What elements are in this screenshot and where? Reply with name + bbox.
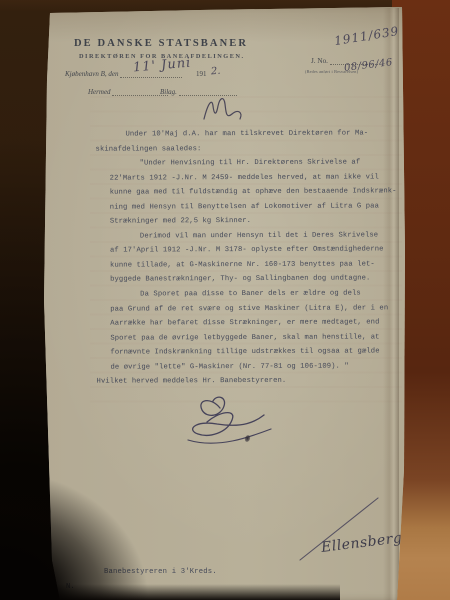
handwritten-year-digit: 2. (211, 66, 221, 78)
body-line: fornævnte Indskrænkning tillige udstrækk… (110, 345, 408, 361)
journal-label-text: J. No. (311, 57, 328, 65)
body-line: Derimod vil man under Hensyn til det i D… (140, 228, 408, 244)
director-signature-icon (158, 392, 290, 452)
enclosure-line: Hermed (88, 88, 168, 96)
body-line: byggede Banestrækninger, Thy- og Salling… (110, 272, 408, 288)
body-line: Hvilket herved meddeles Hr. Banebestyrer… (97, 374, 409, 390)
body-line: Da Sporet paa disse to Baner dels er æld… (140, 286, 408, 302)
photo-corner-shadow (0, 470, 150, 600)
body-line: Under 10'Maj d.A. har man tilskrevet Dir… (125, 126, 407, 142)
body-line: Strækninger med 22,5 kg Skinner. (110, 214, 408, 230)
body-line: kunne gaa med til fuldstændig at ophæve … (110, 185, 408, 201)
body-line: "Under Henvisning til Hr. Direktørens Sk… (140, 155, 408, 171)
enclosure-word-text: Bilag. (160, 88, 177, 96)
letterhead-company: DE DANSKE STATSBANER (74, 38, 248, 49)
body-line: Sporet paa de øvrige letbyggede Baner, s… (110, 330, 408, 346)
body-line: ning med Hensyn til Benyttelsen af Lokom… (110, 199, 408, 215)
body-line: Aarrække har befaret disse Strækninger, … (110, 315, 408, 331)
body-line: af 17'April 1912 -J.Nr. M 3178- oplyste … (110, 243, 408, 259)
handwritten-check-mark-icon (198, 92, 254, 126)
photo-of-document: DE DANSKE STATSBANER DIREKTØREN FOR BANE… (0, 0, 450, 600)
letter-body: Under 10'Maj d.A. har man tilskrevet Dir… (95, 126, 408, 389)
enclosure-prefix: Hermed (88, 88, 111, 96)
body-line: skinafdelingen saaledes: (95, 141, 407, 157)
date-line-prefix: Kjøbenhavn B, den (65, 70, 118, 78)
body-line: de øvrige "lette" G-Maskiner (Nr. 77-81 … (110, 359, 408, 375)
body-line: kunne tillade, at G-Maskinerne Nr. 160-1… (110, 257, 408, 273)
body-line: paa Grund af de ret svære og stive Maski… (110, 301, 408, 317)
body-line: 22'Marts 1912 -J.Nr. M 2459- meddeles he… (110, 170, 408, 186)
printed-year: 191 (196, 70, 207, 78)
